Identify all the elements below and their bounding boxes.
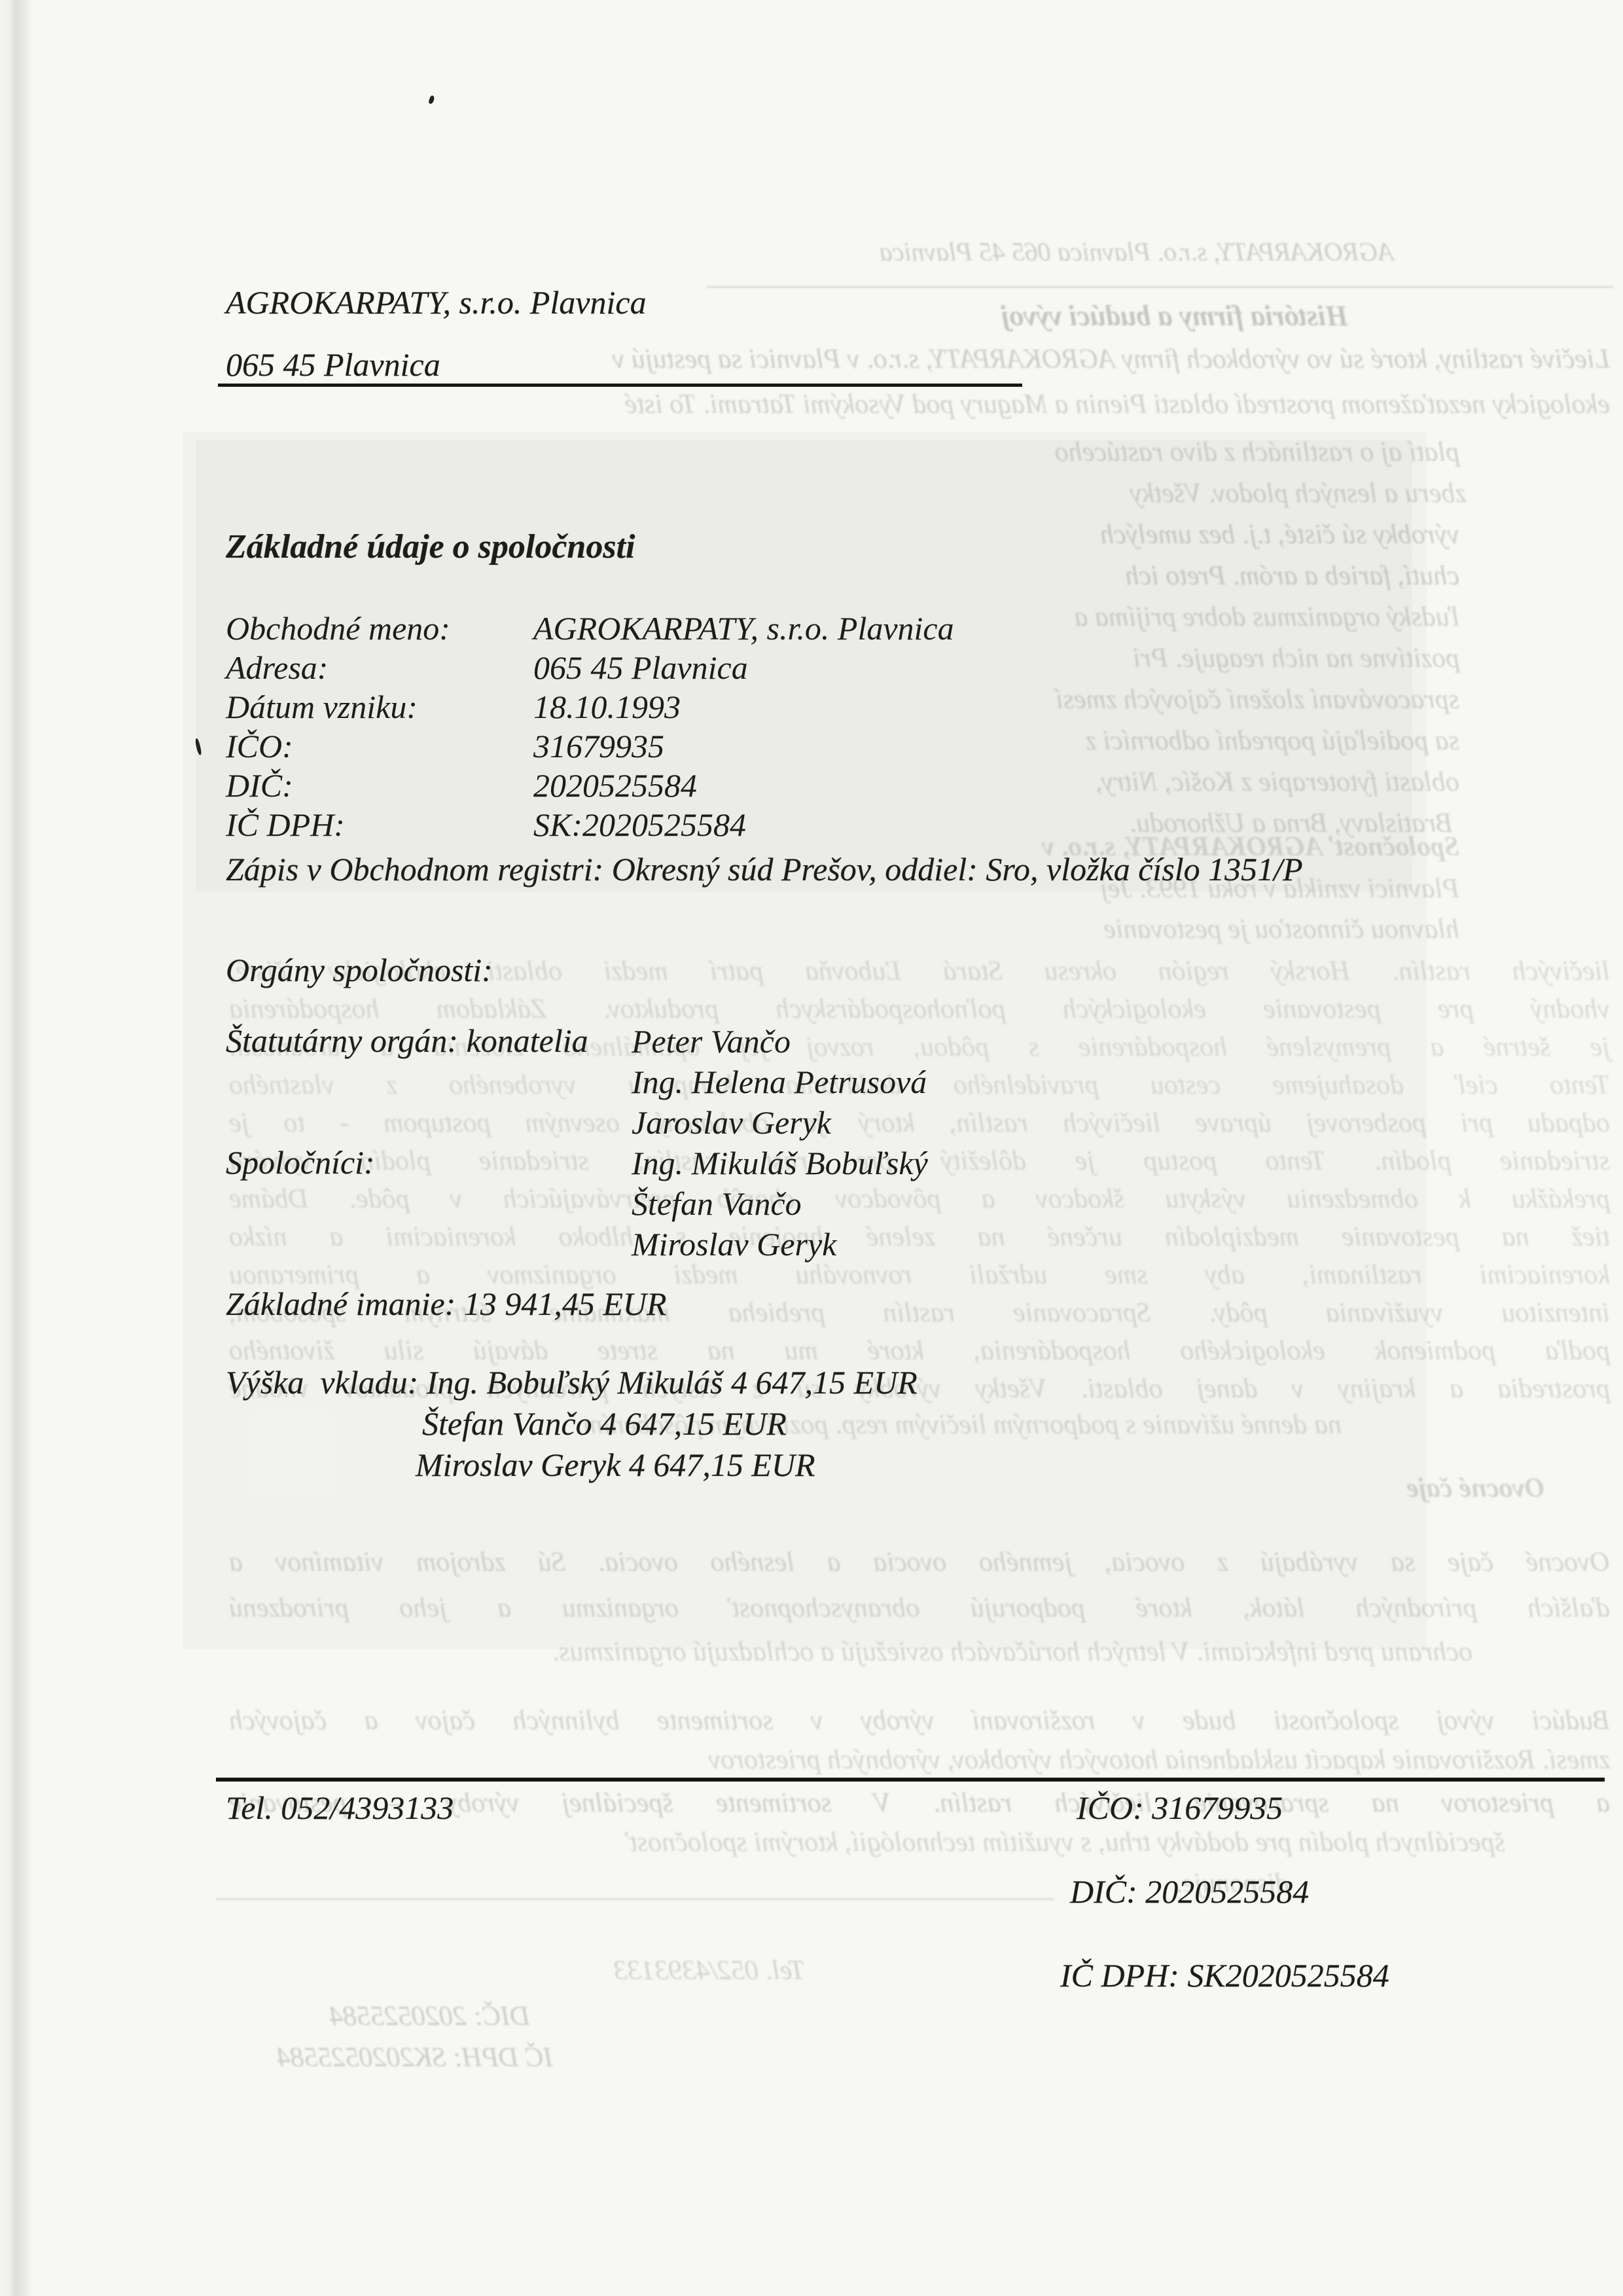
table-row: IČ DPH: SK:2020525584 [226, 805, 1273, 844]
info-label: IČO: [226, 726, 533, 766]
base-capital-line: Základné imanie: 13 941,45 EUR [226, 1284, 667, 1323]
list-item: Miroslav Geryk [632, 1224, 928, 1265]
statutory-members-list: Peter Vančo Ing. Helena Petrusová Jarosl… [632, 1021, 927, 1143]
deposits-label: Výška vkladu: [226, 1364, 418, 1401]
deposits-line: Výška vkladu: Ing. Bobuľský Mikuláš 4 64… [226, 1363, 918, 1402]
list-item: Jaroslav Geryk [632, 1102, 927, 1143]
table-row: Obchodné meno: AGROKARPATY, s.r.o. Plavn… [226, 609, 1273, 648]
bleedthrough-line: platí aj o rastlinách z divo rastúceho [1001, 435, 1459, 470]
base-capital-value: 13 941,45 EUR [464, 1285, 667, 1322]
list-item: Ing. Helena Petrusová [632, 1062, 927, 1102]
footer-phone: Tel. 052/4393133 [226, 1788, 454, 1827]
header-underline [218, 384, 1022, 387]
bleedthrough-rule-footer [216, 1898, 1054, 1900]
bleedthrough-line: ochranu pred infekciami. V letných horúč… [229, 1635, 1472, 1670]
info-label: Adresa: [226, 648, 533, 687]
footer-dic: DIČ: 2020525584 [1070, 1872, 1309, 1911]
bleedthrough-line: Ovocné čaje sa vyrábajú z ovocia, jemnéh… [229, 1543, 1610, 1581]
header-address: 065 45 Plavnica [226, 345, 440, 384]
info-value: 065 45 Plavnica [533, 648, 748, 687]
organs-title: Orgány spoločnosti: [226, 950, 493, 990]
table-row: IČO: 31679935 [226, 726, 1273, 766]
bleedthrough-line: Tel. 052/4393133 [524, 1954, 805, 1988]
info-value: AGROKARPATY, s.r.o. Plavnica [533, 609, 954, 648]
info-value: 2020525584 [533, 766, 697, 805]
company-info-table: Obchodné meno: AGROKARPATY, s.r.o. Plavn… [226, 609, 1273, 844]
bleedthrough-line: Ovocné čaje [1374, 1471, 1544, 1506]
registry-line: Zápis v Obchodnom registri: Okresný súd … [226, 850, 1303, 889]
bleedthrough-line: zmesí. Rozširovanie kapacít uskladnenia … [327, 1743, 1610, 1778]
table-row: Adresa: 065 45 Plavnica [226, 648, 1273, 687]
deposit-item: Štefan Vančo 4 647,15 EUR [422, 1404, 787, 1443]
bleedthrough-line: ďalších prírodných látok, ktoré podporuj… [229, 1589, 1610, 1627]
bleedthrough-line: AGROKARPATY, s.r.o. Plavnica 065 45 Plav… [805, 236, 1394, 268]
bleedthrough-line: Liečivé rastliny, ktoré sú vo výrobkoch … [615, 342, 1610, 377]
bleedthrough-rule-top [707, 286, 1613, 288]
partners-label: Spoločníci: [226, 1143, 375, 1182]
footer-rule [216, 1778, 1605, 1782]
table-row: Dátum vzniku: 18.10.1993 [226, 687, 1273, 726]
scanned-document-page: AGROKARPATY, s.r.o. Plavnica 065 45 Plav… [0, 0, 1623, 2296]
table-row: DIČ: 2020525584 [226, 766, 1273, 805]
statutory-label: Štatutárny orgán: konatelia [226, 1021, 588, 1060]
bleedthrough-line: zberu a lesných plodov. Všetky [1047, 476, 1466, 511]
partners-list: Ing. Mikuláš Bobuľský Štefan Vančo Miros… [632, 1143, 928, 1265]
info-value: SK:2020525584 [533, 805, 746, 844]
info-value: 18.10.1993 [533, 687, 681, 726]
deposit-item: Miroslav Geryk 4 647,15 EUR [416, 1445, 815, 1484]
info-value: 31679935 [533, 726, 664, 766]
bleedthrough-line: DIČ: 2020525584 [281, 2000, 530, 2034]
bleedthrough-line: ekologicky nezaťaženom prostredí oblasti… [458, 387, 1610, 422]
bleedthrough-line: chutí, farieb a aróm. Preto ich [1047, 559, 1459, 594]
header-company-name: AGROKARPATY, s.r.o. Plavnica [226, 283, 647, 322]
bleedthrough-line: IČ DPH: SK2020525584 [226, 2041, 553, 2075]
base-capital-label: Základné imanie: [226, 1285, 455, 1322]
footer-icdph: IČ DPH: SK2020525584 [1060, 1956, 1389, 1995]
deposit-item: Ing. Bobuľský Mikuláš 4 647,15 EUR [427, 1364, 918, 1401]
bleedthrough-line: História firmy a budúci vývoj [982, 298, 1348, 334]
bleedthrough-line: špeciálnych plodín pre dodávky trhu, s v… [393, 1825, 1505, 1860]
list-item: Štefan Vančo [632, 1183, 928, 1224]
list-item: Ing. Mikuláš Bobuľský [632, 1143, 928, 1183]
info-label: Dátum vzniku: [226, 687, 533, 726]
info-label: IČ DPH: [226, 805, 533, 844]
bleedthrough-line: výrobky sú čisté, t.j. bez umelých [1027, 518, 1459, 552]
bleedthrough-line: hlavnou činnosťou je pestovanie [1034, 912, 1459, 947]
section-title: Základné údaje o spoločnosti [226, 528, 635, 567]
list-item: Peter Vančo [632, 1021, 927, 1062]
info-label: Obchodné meno: [226, 609, 533, 648]
bleedthrough-line: Budúci vývoj spoločnosti bude v rozširov… [229, 1702, 1610, 1740]
footer-ico: IČO: 31679935 [1077, 1788, 1283, 1827]
info-label: DIČ: [226, 766, 533, 805]
